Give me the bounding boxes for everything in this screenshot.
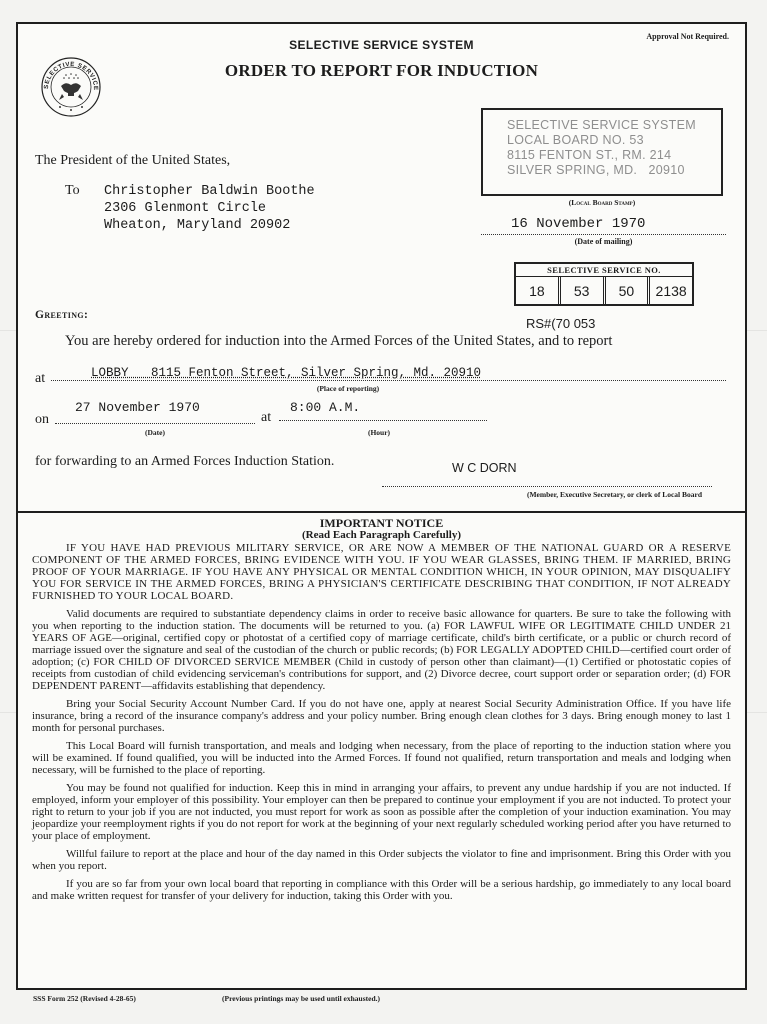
- important-notice: IMPORTANT NOTICE (Read Each Paragraph Ca…: [32, 517, 731, 902]
- ssn-part: 50: [606, 277, 651, 305]
- rs-number: RS#(70 053: [526, 316, 595, 331]
- agency-name: SELECTIVE SERVICE SYSTEM: [18, 38, 745, 52]
- notice-paragraph: IF YOU HAVE HAD PREVIOUS MILITARY SERVIC…: [32, 542, 731, 602]
- notice-paragraph: This Local Board will furnish transporta…: [32, 740, 731, 776]
- selective-service-number-box: SELECTIVE SERVICE NO. 18 53 50 2138: [514, 262, 694, 306]
- stamp-line: SELECTIVE SERVICE SYSTEM: [507, 118, 711, 133]
- hour-at-label: at: [261, 410, 271, 426]
- notice-title: IMPORTANT NOTICE: [32, 517, 731, 529]
- notice-paragraph: Willful failure to report at the place a…: [32, 848, 731, 872]
- notice-paragraph: If you are so far from your own local bo…: [32, 878, 731, 902]
- salutation-from: The President of the United States,: [35, 153, 230, 169]
- section-divider: [18, 511, 745, 513]
- ssn-label: SELECTIVE SERVICE NO.: [516, 264, 692, 277]
- date-line: [55, 423, 255, 424]
- stamp-line: 8115 FENTON ST., RM. 214: [507, 148, 711, 163]
- induction-order-form: Approval Not Required. SELECTIVE SERVICE…: [16, 22, 747, 990]
- date-caption: (Date): [55, 428, 255, 437]
- ssn-part: 53: [561, 277, 606, 305]
- report-date: 27 November 1970: [75, 400, 200, 415]
- selective-service-seal-icon: SELECTIVE SERVICE SYSTEM: [40, 56, 102, 118]
- notice-paragraph: Valid documents are required to substant…: [32, 608, 731, 692]
- stamp-caption: (Local Board Stamp): [481, 198, 723, 207]
- place-line: [51, 380, 726, 381]
- hour-line: [279, 420, 487, 421]
- recipient-address: Christopher Baldwin Boothe 2306 Glenmont…: [104, 183, 315, 234]
- notice-paragraph: You may be found not qualified for induc…: [32, 782, 731, 842]
- signature-line: [382, 486, 712, 487]
- ssn-part: 2138: [650, 277, 692, 305]
- place-of-reporting: LOBBY 8115 Fenton Street, Silver Spring,…: [91, 366, 481, 380]
- stamp-line: LOCAL BOARD NO. 53: [507, 133, 711, 148]
- at-label: at: [35, 371, 45, 387]
- mailing-date-caption: (Date of mailing): [481, 237, 726, 246]
- ssn-part: 18: [516, 277, 561, 305]
- to-label: To: [65, 183, 80, 199]
- on-label: on: [35, 412, 49, 428]
- signer-name: W C DORN: [452, 461, 517, 475]
- report-hour: 8:00 A.M.: [290, 400, 360, 415]
- recipient-name: Christopher Baldwin Boothe: [104, 183, 315, 200]
- mailing-date: 16 November 1970: [511, 216, 645, 232]
- recipient-city: Wheaton, Maryland 20902: [104, 217, 315, 234]
- hour-caption: (Hour): [279, 428, 479, 437]
- forwarding-text: for forwarding to an Armed Forces Induct…: [35, 454, 334, 470]
- place-caption: (Place of reporting): [248, 384, 448, 393]
- order-text: You are hereby ordered for induction int…: [65, 333, 612, 350]
- notice-paragraph: Bring your Social Security Account Numbe…: [32, 698, 731, 734]
- mailing-date-line: [481, 234, 726, 235]
- signer-caption: (Member, Executive Secretary, or clerk o…: [382, 490, 712, 499]
- local-board-stamp: SELECTIVE SERVICE SYSTEM LOCAL BOARD NO.…: [481, 108, 723, 196]
- printing-note: (Previous printings may be used until ex…: [222, 994, 380, 1003]
- notice-subtitle: (Read Each Paragraph Carefully): [32, 529, 731, 541]
- form-number: SSS Form 252 (Revised 4-28-65): [33, 994, 136, 1003]
- page-title: ORDER TO REPORT FOR INDUCTION: [18, 61, 745, 81]
- recipient-street: 2306 Glenmont Circle: [104, 200, 315, 217]
- greeting: Greeting:: [35, 309, 88, 321]
- stamp-line: SILVER SPRING, MD. 20910: [507, 163, 711, 178]
